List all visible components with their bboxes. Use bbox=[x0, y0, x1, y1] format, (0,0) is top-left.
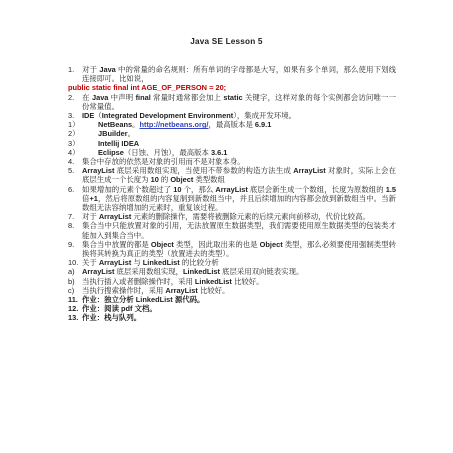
latin-term: IDE bbox=[82, 111, 94, 120]
list-item: 12.作业：阅读 pdf 文档。 bbox=[68, 304, 396, 313]
list-item: 2.在 Java 中声明 final 常量时通常都会加上 static 关键字，… bbox=[68, 93, 396, 111]
latin-term: int bbox=[130, 83, 139, 92]
list-item-text: Eclipse（日蚀、月蚀），最高版本 3.6.1 bbox=[98, 148, 227, 157]
list-marker: 5. bbox=[68, 166, 82, 175]
list-marker: a) bbox=[68, 267, 82, 276]
list-marker: 1） bbox=[68, 120, 98, 129]
list-item-text: 关于 ArrayList 与 LinkedList 的比较分析 bbox=[82, 258, 219, 267]
latin-term: public bbox=[68, 83, 90, 92]
list-marker: 4） bbox=[68, 148, 98, 157]
latin-term: = bbox=[209, 83, 213, 92]
list-marker: 8. bbox=[68, 221, 82, 230]
latin-term: Java bbox=[99, 65, 115, 74]
list-item-text: 集合中存放的依然是对象的引用而不是对象本身。 bbox=[82, 157, 245, 166]
list-marker: 6. bbox=[68, 185, 82, 194]
netbeans-link[interactable]: http://netbeans.org/ bbox=[140, 120, 209, 129]
latin-term: ArrayList bbox=[293, 166, 325, 175]
list-item-text: 对于 Java 中的常量的命名规则：所有单词的字母都是大写，如果有多个单词，那么… bbox=[82, 65, 396, 83]
latin-term: Environment bbox=[188, 111, 233, 120]
latin-term: Java bbox=[92, 93, 108, 102]
code-line: public static final int AGE_OF_PERSON = … bbox=[68, 83, 396, 92]
list-item: 3.IDE（Integrated Development Environment… bbox=[68, 111, 396, 120]
list-marker: 3. bbox=[68, 111, 82, 120]
latin-term: Object bbox=[260, 240, 283, 249]
latin-term: ArrayList bbox=[82, 267, 114, 276]
list-item-text: 作业：独立分析 LinkedList 源代码。 bbox=[82, 295, 204, 304]
latin-term: static bbox=[223, 93, 242, 102]
list-item: 2）JBuilder。 bbox=[68, 129, 396, 138]
list-item: 4.集合中存放的依然是对象的引用而不是对象本身。 bbox=[68, 157, 396, 166]
list-marker: 7. bbox=[68, 212, 82, 221]
latin-term: static bbox=[92, 83, 111, 92]
list-item: 7.对于 ArrayList 元素的删除操作，需要将被删除元素的后续元素向前移动… bbox=[68, 212, 396, 221]
document-page: Java SE Lesson 5 1.对于 Java 中的常量的命名规则：所有单… bbox=[0, 0, 453, 453]
latin-term: LinkedList bbox=[136, 295, 173, 304]
latin-term: Integrated bbox=[102, 111, 138, 120]
latin-term: ArrayList bbox=[82, 166, 114, 175]
list-marker: 2） bbox=[68, 129, 98, 138]
list-marker: 13. bbox=[68, 313, 82, 322]
latin-term: JBuilder bbox=[98, 129, 128, 138]
latin-term: AGE_OF_PERSON bbox=[141, 83, 207, 92]
list-item: 4）Eclipse（日蚀、月蚀），最高版本 3.6.1 bbox=[68, 148, 396, 157]
list-item-text: 如果增加的元素个数超过了 10 个，那么 ArrayList 底层会新生成一个数… bbox=[82, 185, 396, 212]
list: 1.对于 Java 中的常量的命名规则：所有单词的字母都是大写，如果有多个单词，… bbox=[68, 65, 396, 323]
latin-term: Development bbox=[140, 111, 186, 120]
list-item: c)当执行搜索操作时，采用 ArrayList 比较好。 bbox=[68, 286, 396, 295]
latin-term: final bbox=[113, 83, 128, 92]
latin-term: 3.6.1 bbox=[211, 148, 227, 157]
latin-term: 20; bbox=[215, 83, 226, 92]
latin-term: ArrayList bbox=[99, 212, 131, 221]
list-marker: 11. bbox=[68, 295, 82, 304]
list-marker: 2. bbox=[68, 93, 82, 102]
list-item-text: Intellij IDEA bbox=[98, 139, 139, 148]
list-marker: b) bbox=[68, 277, 82, 286]
list-item: 8.集合当中只能放置对象的引用，无法放置原生数据类型，我们需要使用原生数据类型的… bbox=[68, 221, 396, 239]
list-item-text: 在 Java 中声明 final 常量时通常都会加上 static 关键字，这样… bbox=[82, 93, 396, 111]
latin-term: pdf bbox=[121, 304, 133, 313]
list-item-text: 作业：栈与队列。 bbox=[82, 313, 141, 322]
list-item-text: 当执行插入或者删除操作时，采用 LinkedList 比较好。 bbox=[82, 277, 264, 286]
latin-term: IDEA bbox=[121, 139, 139, 148]
list-marker: 3） bbox=[68, 139, 98, 148]
latin-term: LinkedList bbox=[183, 267, 220, 276]
list-item-text: ArrayList 底层采用数组实现，当使用不带参数的构造方法生成 ArrayL… bbox=[82, 166, 396, 184]
list-item-text: 对于 ArrayList 元素的删除操作，需要将被删除元素的后续元素向前移动，代… bbox=[82, 212, 370, 221]
list-item: 6.如果增加的元素个数超过了 10 个，那么 ArrayList 底层会新生成一… bbox=[68, 185, 396, 213]
list-item: 10.关于 ArrayList 与 LinkedList 的比较分析 bbox=[68, 258, 396, 267]
list-item-text: NetBeans。http://netbeans.org/，最高版本是 6.9.… bbox=[98, 120, 271, 129]
list-marker: 9. bbox=[68, 240, 82, 249]
page-title: Java SE Lesson 5 bbox=[0, 37, 453, 46]
list-item-text: JBuilder。 bbox=[98, 129, 135, 138]
list-item: 1）NetBeans。http://netbeans.org/，最高版本是 6.… bbox=[68, 120, 396, 129]
latin-term: NetBeans bbox=[98, 120, 132, 129]
latin-term: LinkedList bbox=[143, 258, 180, 267]
list-marker: 10. bbox=[68, 258, 82, 267]
code-text: public static final int AGE_OF_PERSON = … bbox=[68, 83, 226, 92]
list-item: 5.ArrayList 底层采用数组实现，当使用不带参数的构造方法生成 Arra… bbox=[68, 166, 396, 184]
latin-term: Object bbox=[170, 175, 193, 184]
list-item-text: 当执行搜索操作时，采用 ArrayList 比较好。 bbox=[82, 286, 229, 295]
list-item-text: ArrayList 底层采用数组实现，LinkedList 底层采用双向链表实现… bbox=[82, 267, 303, 276]
latin-term: Eclipse bbox=[98, 148, 124, 157]
list-item: 13.作业：栈与队列。 bbox=[68, 313, 396, 322]
list-item: b)当执行插入或者删除操作时，采用 LinkedList 比较好。 bbox=[68, 277, 396, 286]
latin-term: LinkedList bbox=[195, 277, 232, 286]
latin-term: Intellij bbox=[98, 139, 119, 148]
list-marker: 1. bbox=[68, 65, 82, 74]
list-item: 1.对于 Java 中的常量的命名规则：所有单词的字母都是大写，如果有多个单词，… bbox=[68, 65, 396, 83]
list-item: 9.集合当中放置的都是 Object 类型，因此取出来的也是 Object 类型… bbox=[68, 240, 396, 258]
latin-term: ArrayList bbox=[215, 185, 247, 194]
latin-term: ArrayList bbox=[99, 258, 131, 267]
latin-term: 6.9.1 bbox=[255, 120, 271, 129]
list-item-text: 集合当中放置的都是 Object 类型，因此取出来的也是 Object 类型，那… bbox=[82, 240, 396, 258]
list-item-text: 作业：阅读 pdf 文档。 bbox=[82, 304, 157, 313]
list-marker: 12. bbox=[68, 304, 82, 313]
list-item: 11.作业：独立分析 LinkedList 源代码。 bbox=[68, 295, 396, 304]
list-item-text: IDE（Integrated Development Environment），… bbox=[82, 111, 296, 120]
list-marker: c) bbox=[68, 286, 82, 295]
latin-term: final bbox=[136, 93, 151, 102]
list-item-text: 集合当中只能放置对象的引用，无法放置原生数据类型，我们需要使用原生数据类型的包装… bbox=[82, 221, 396, 239]
latin-term: 10 bbox=[173, 185, 181, 194]
latin-term: Object bbox=[151, 240, 174, 249]
list-marker: 4. bbox=[68, 157, 82, 166]
latin-term: 1.5 bbox=[386, 185, 396, 194]
list-item: 3）Intellij IDEA bbox=[68, 139, 396, 148]
latin-term: +1 bbox=[89, 194, 97, 203]
list-item: a)ArrayList 底层采用数组实现，LinkedList 底层采用双向链表… bbox=[68, 267, 396, 276]
latin-term: ArrayList bbox=[165, 286, 197, 295]
latin-term: 10 bbox=[151, 175, 159, 184]
